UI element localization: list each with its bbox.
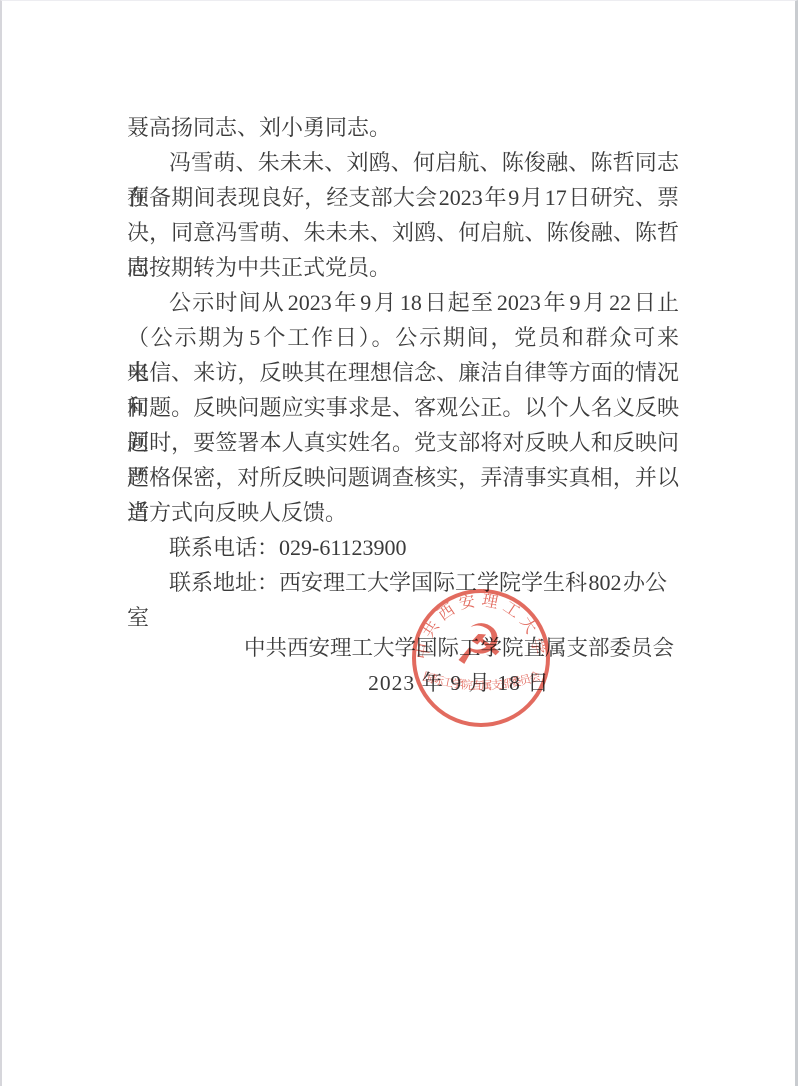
- document-body: 聂高扬同志、刘小勇同志。冯雪萌、朱未未、刘鸥、何启航、陈俊融、陈哲同志在预备期间…: [127, 110, 679, 600]
- text-line: 问题。反映问题应实事求是、客观公正。以个人名义反映问: [127, 390, 679, 425]
- text-line: 预备期间表现良好，经支部大会 2023 年 9 月 17 日研究、票: [127, 180, 679, 215]
- signature-block: 中共西安理工大学国际工学院直属支部委员会 2023 年 9 月 18 日: [244, 631, 674, 701]
- text-line: 来信、来访，反映其在理想信念、廉洁自律等方面的情况和: [127, 355, 679, 390]
- text-line: 公示时间从 2023 年 9 月 18 日起至 2023 年 9 月 22 日止: [127, 285, 679, 320]
- text-line: 聂高扬同志、刘小勇同志。: [127, 110, 679, 145]
- text-line: 志按期转为中共正式党员。: [127, 250, 679, 285]
- text-line: 当方式向反映人反馈。: [127, 495, 679, 530]
- text-line: 严格保密，对所反映问题调查核实，弄清事实真相，并以适: [127, 460, 679, 495]
- signature-date: 2023 年 9 月 18 日: [244, 666, 674, 701]
- text-line: 联系地址：西安理工大学国际工学院学生科 802 办公室: [127, 565, 679, 600]
- document-page: 聂高扬同志、刘小勇同志。冯雪萌、朱未未、刘鸥、何启航、陈俊融、陈哲同志在预备期间…: [0, 0, 798, 1086]
- text-line: 联系电话：029-61123900: [127, 530, 679, 565]
- text-line: 冯雪萌、朱未未、刘鸥、何启航、陈俊融、陈哲同志在: [127, 145, 679, 180]
- signature-organization: 中共西安理工大学国际工学院直属支部委员会: [244, 631, 674, 666]
- text-line: （公示期为 5 个工作日）。公示期间，党员和群众可来电、: [127, 320, 679, 355]
- text-line: 决，同意冯雪萌、朱未未、刘鸥、何启航、陈俊融、陈哲同: [127, 215, 679, 250]
- text-line: 题时，要签署本人真实姓名。党支部将对反映人和反映问题: [127, 425, 679, 460]
